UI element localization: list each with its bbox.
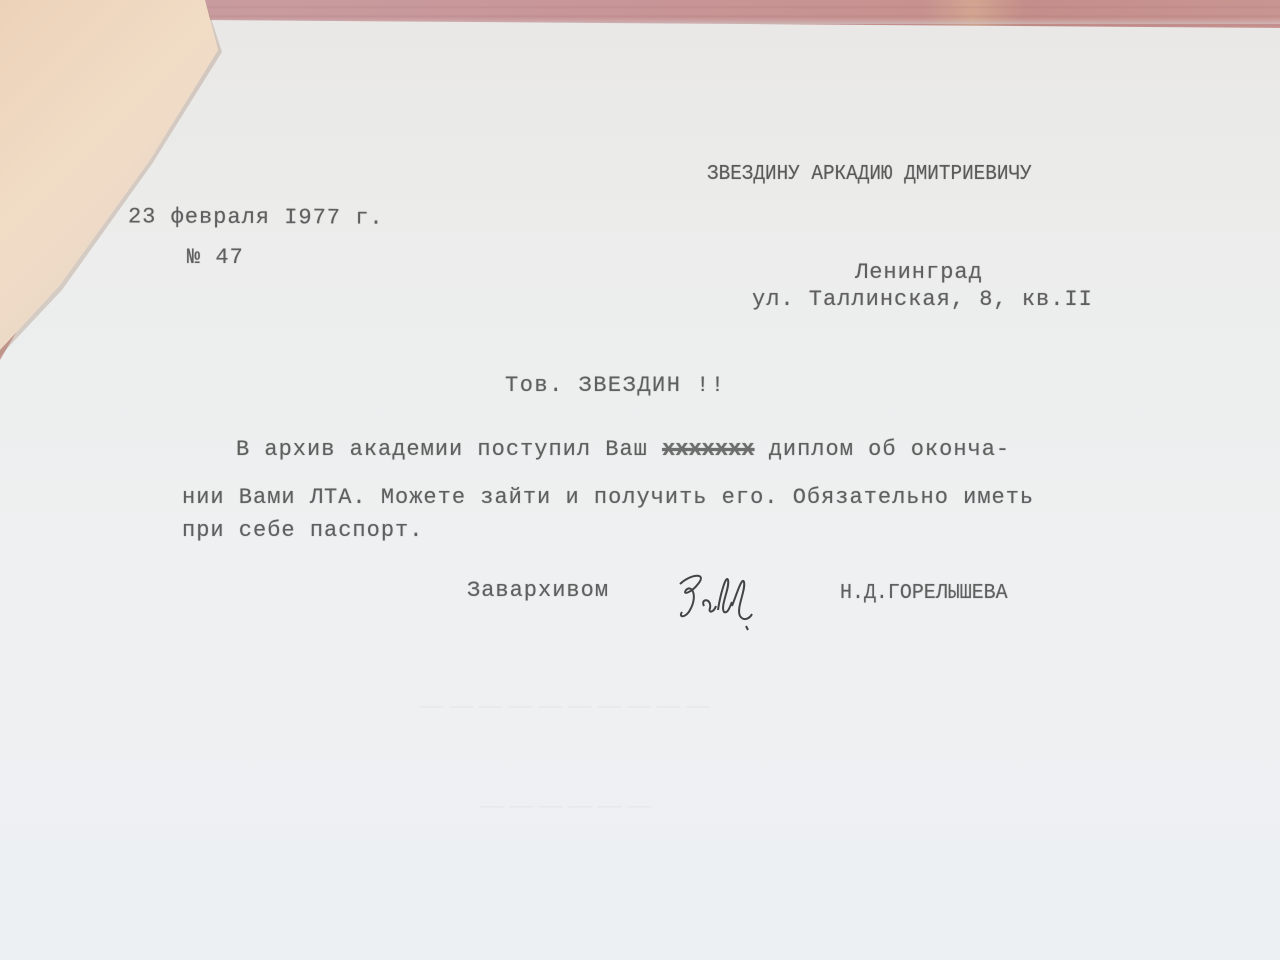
address-city: Ленинград bbox=[855, 260, 983, 285]
letter-date: 23 февраля I977 г. bbox=[128, 204, 384, 230]
body-text: диплом об оконча- bbox=[755, 437, 1011, 462]
body-line-3: при себе паспорт. bbox=[182, 518, 423, 543]
signatory-name: Н.Д.ГОРЕЛЫШЕВА bbox=[840, 582, 1008, 605]
bleed-through-text: — — — — — — bbox=[480, 790, 651, 820]
signature-role: Заварxивом bbox=[467, 578, 609, 603]
body-line-2: нии Вами ЛТА. Можете зайти и получить ег… bbox=[182, 485, 1034, 510]
struck-out-text: xxxxxxx bbox=[662, 437, 754, 462]
body-text: В архив академии поступил Ваш bbox=[236, 437, 662, 462]
body-line-1: В архив академии поступил Ваш xxxxxxx ди… bbox=[236, 437, 1010, 462]
bleed-through-text: — — — — — — — — — — bbox=[420, 690, 710, 720]
handwritten-signature-icon bbox=[668, 566, 768, 636]
addressee-name: ЗВЕЗДИНУ АРКАДИЮ ДМИТРИЕВИЧУ bbox=[707, 163, 1032, 186]
document-number: № 47 bbox=[187, 245, 244, 270]
salutation: Тов. ЗВЕЗДИН !! bbox=[505, 373, 726, 398]
address-street: ул. Таллинская, 8, кв.II bbox=[752, 287, 1093, 312]
